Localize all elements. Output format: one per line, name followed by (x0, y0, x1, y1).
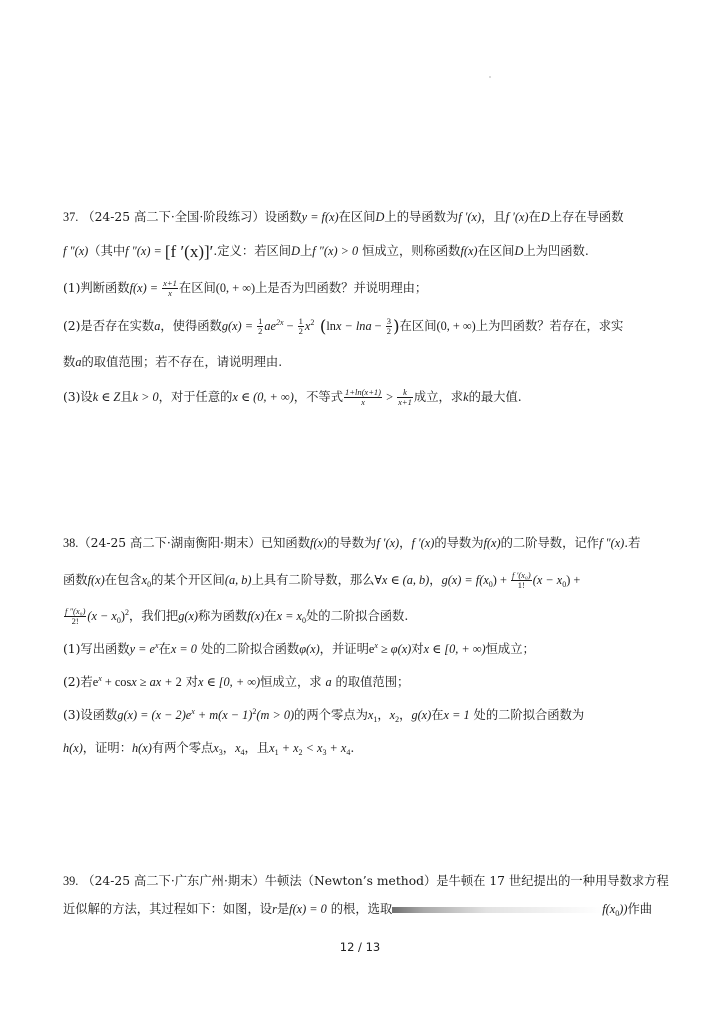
fraction: 1+ln(x+1)x (344, 388, 382, 407)
text: 函数 (63, 573, 88, 587)
text: 作曲 (627, 902, 652, 916)
exponent: 2x (276, 318, 284, 327)
denominator: 2 (386, 327, 392, 336)
text: 是 (277, 902, 289, 916)
problem-38-part-3-cont: h(x)，证明：h(x)有两个零点x3，x4，且x1 + x2 < x3 + x… (63, 738, 664, 758)
text: 在区间 (400, 319, 437, 333)
math: h(x) (132, 741, 152, 755)
math: (x − x (87, 609, 116, 623)
math: (x − x (533, 573, 562, 587)
text: ，且 (245, 741, 270, 755)
text: 处的二阶拟合函数为 (470, 708, 585, 722)
text: 上存在导函数 (550, 210, 624, 224)
text: .若 (624, 536, 640, 550)
problem-38-line-2: 函数f(x)在包含x0的某个开区间(a, b)上具有二阶导数，那么∀x ∈ (a… (63, 570, 664, 590)
math: x ≥ ax + (131, 675, 175, 689)
text: ， (399, 536, 411, 550)
math: D (291, 244, 300, 258)
fraction: 12 (257, 317, 263, 336)
text: (1)判断函数 (63, 281, 130, 295)
text: ， (429, 573, 441, 587)
text: (2)若 (63, 675, 93, 689)
text: 的根，选取 (327, 902, 392, 916)
text: 在 (159, 642, 171, 656)
math: f(x (602, 902, 615, 916)
text: 的取值范围；若不存在，请说明理由. (81, 355, 282, 369)
text: ， (223, 741, 235, 755)
problem-39-source: （24-25 高二下·广东广州·期末） (82, 874, 264, 888)
math: ) + (566, 573, 580, 587)
math: + m(x − 1) (195, 708, 253, 722)
text: ，不等式 (294, 390, 343, 404)
math: ) + (493, 573, 510, 587)
problem-37-number: 37. (63, 210, 78, 224)
text: ，并证明 (320, 642, 369, 656)
text: 在 (529, 210, 541, 224)
math: f ′(x) (411, 536, 434, 550)
math: x ∈ [0, + ∞) (198, 675, 260, 689)
math: (a, b) (225, 573, 252, 587)
text: 上具有二阶导数，那么 (252, 573, 375, 587)
problem-37-line-2: f ″(x)（其中f ″(x) = [f ′(x)]′.定义：若区间D上f ″(… (63, 241, 664, 262)
math: (m > 0) (256, 708, 294, 722)
math: f ″(x) = (125, 244, 165, 258)
text: (1)写出函数 (63, 642, 130, 656)
text: ，且 (481, 210, 506, 224)
problem-37-part-2-cont: 数a的取值范围；若不存在，请说明理由. (63, 352, 664, 372)
text: 牛顿法（Newton’s method）是牛顿在 17 世纪提出的一种用导数求方… (265, 874, 669, 888)
text: 上为凹函数？若存在，求实 (476, 319, 624, 333)
text: 处的二阶拟合函数. (306, 609, 408, 623)
problem-38-line-3: f ″(x₀)2!(x − x0)2，我们把g(x)称为函数f(x)在x = x… (63, 606, 664, 626)
problem-37-line-1: 37. （24-25 高二下·全国·阶段练习）设函数y = f(x)在区间D上的… (63, 207, 664, 227)
text: 在 (264, 609, 276, 623)
text: 的导数为 (327, 536, 376, 550)
denominator: 2 (257, 327, 263, 336)
text: 在区间 (478, 244, 515, 258)
text: 恒成立； (486, 642, 535, 656)
text: (2)是否存在实数 (63, 319, 154, 333)
problem-37-part-3: (3)设k ∈ Z且k > 0，对于任意的x ∈ (0, + ∞)，不等式1+l… (63, 387, 664, 407)
problem-38-part-2: (2)若ex + cosx ≥ ax + 2 对x ∈ [0, + ∞)恒成立，… (63, 672, 664, 692)
text: 上 (300, 244, 312, 258)
stray-mark (489, 76, 491, 78)
math: g(x) = f(x (442, 573, 489, 587)
problem-37-part-2: (2)是否存在实数a，使得函数g(x) = 12ae2x − 12x2 (lnx… (63, 316, 664, 337)
math: x = x (277, 609, 302, 623)
page-number: 12 / 13 (0, 940, 720, 954)
fraction: 12 (298, 317, 304, 336)
math: x ∈ (0, + ∞) (232, 390, 293, 404)
text: ，对于任意的 (159, 390, 233, 404)
denominator: 2 (298, 327, 304, 336)
text: 数 (63, 355, 75, 369)
problem-38-part-1: (1)写出函数y = ex在x = 0 处的二阶拟合函数φ(x)，并证明ex ≥… (63, 639, 664, 659)
text: 对 (182, 675, 198, 689)
text: 在 (431, 708, 443, 722)
fraction: x+1x (162, 279, 178, 298)
math: + x (279, 741, 299, 755)
math: − (284, 319, 297, 333)
problem-39-line-1: 39. （24-25 高二下·广东广州·期末）牛顿法（Newton’s meth… (63, 871, 664, 891)
text: 已知函数 (261, 536, 310, 550)
text: 的某个开区间 (151, 573, 225, 587)
math: (0, + ∞) (216, 281, 255, 295)
text: ，使得函数 (160, 319, 222, 333)
math: f(x) (460, 244, 477, 258)
text: 在区间 (179, 281, 216, 295)
math: ≥ φ(x) (378, 642, 411, 656)
math: f ′(x) (506, 210, 529, 224)
text: 且 (120, 390, 132, 404)
text: . (350, 741, 354, 755)
math: − (372, 319, 385, 333)
text: ，证明： (83, 741, 132, 755)
math: g(x) (178, 609, 198, 623)
text: 的导数为 (434, 536, 483, 550)
math: (0, + ∞) (437, 319, 476, 333)
math: [f ′(x)]′ (165, 242, 214, 261)
problem-38-number: 38. (63, 536, 78, 550)
text: 的二阶导数，记作 (501, 536, 599, 550)
text: 恒成立，求 (260, 675, 325, 689)
math: ∀x ∈ (a, b) (374, 573, 429, 587)
math: f ″(x) > 0 (312, 244, 358, 258)
math: h(x) (63, 741, 83, 755)
text: 有两个零点 (152, 741, 214, 755)
math: f(x) (247, 609, 264, 623)
math: > (383, 390, 396, 404)
text: 近似解的方法，其过程如下：如图，设 (63, 902, 272, 916)
math: g(x) = (x − 2)e (117, 708, 191, 722)
math: x − ln (336, 319, 365, 333)
text: 对 (411, 642, 423, 656)
problem-39-number: 39. (63, 874, 78, 888)
math: f(x) (310, 536, 327, 550)
text: 上为凹函数. (523, 244, 588, 258)
math: < x (303, 741, 323, 755)
math: f ′(x) (376, 536, 399, 550)
text: 的取值范围； (332, 675, 410, 689)
denominator: x (162, 289, 178, 298)
problem-38-source: （24-25 高二下·湖南衡阳·期末） (78, 536, 260, 550)
fraction: f ′(x₀)1! (511, 571, 532, 590)
math: f(x) = 0 (289, 902, 327, 916)
math: D (514, 244, 523, 258)
problem-38-line-1: 38.（24-25 高二下·湖南衡阳·期末）已知函数f(x)的导数为f ′(x)… (63, 533, 664, 553)
math: ae (264, 319, 276, 333)
math: y = f(x) (302, 210, 339, 224)
math: g(x) = (222, 319, 256, 333)
problem-38-part-3: (3)设函数g(x) = (x − 2)ex + m(x − 1)2(m > 0… (63, 705, 664, 725)
text: ， (399, 708, 411, 722)
math: x = 1 (444, 708, 470, 722)
problem-37-source: （24-25 高二下·全国·阶段练习） (82, 210, 264, 224)
text: 设函数 (265, 210, 302, 224)
math: f ″(x) (599, 536, 624, 550)
math: + x (326, 741, 346, 755)
denominator: 2! (64, 617, 86, 626)
document-page: 37. （24-25 高二下·全国·阶段练习）设函数y = f(x)在区间D上的… (0, 0, 720, 1018)
denominator: x+1 (397, 398, 413, 407)
denominator: 1! (511, 581, 532, 590)
fraction: 32 (386, 317, 392, 336)
math: f(x) (484, 536, 501, 550)
text: 成立，求 (414, 390, 463, 404)
text: （其中 (88, 244, 125, 258)
math: k > 0 (133, 390, 159, 404)
text: 的两个零点为 (294, 708, 368, 722)
math: x ∈ [0, + ∞) (424, 642, 486, 656)
text: 的最大值. (469, 390, 522, 404)
text: 上是否为凹函数？并说明理由； (255, 281, 427, 295)
text: 在区间 (339, 210, 376, 224)
math: φ(x) (299, 642, 319, 656)
text: 上的导函数为 (384, 210, 458, 224)
math: + cos (102, 675, 131, 689)
rendering-artifact (392, 907, 602, 913)
problem-39-line-2: 近似解的方法，其过程如下：如图，设r是f(x) = 0 的根，选取f(x0))作… (63, 899, 664, 919)
text: (3)设函数 (63, 708, 117, 722)
math: f(x) (88, 573, 105, 587)
fraction: kx+1 (397, 388, 413, 407)
text: 处的二阶拟合函数 (197, 642, 299, 656)
math: y = e (130, 642, 155, 656)
problem-37-part-1: (1)判断函数f(x) = x+1x在区间(0, + ∞)上是否为凹函数？并说明… (63, 278, 664, 298)
text: 恒成立，则称函数 (358, 244, 460, 258)
text: (3)设 (63, 390, 93, 404)
text: 在包含 (105, 573, 142, 587)
math: x = 0 (171, 642, 197, 656)
math: f ′(x) (458, 210, 481, 224)
math: k ∈ Z (93, 390, 121, 404)
math: ln (326, 319, 336, 333)
math: f ″(x) (63, 244, 88, 258)
text: 称为函数 (198, 609, 247, 623)
fraction: f ″(x₀)2! (64, 607, 86, 626)
math: D (541, 210, 550, 224)
math: g(x) (411, 708, 431, 722)
text: ， (377, 708, 389, 722)
text: ，我们把 (129, 609, 178, 623)
denominator: x (344, 398, 382, 407)
math: f(x) = (130, 281, 162, 295)
text: .定义：若区间 (213, 244, 291, 258)
